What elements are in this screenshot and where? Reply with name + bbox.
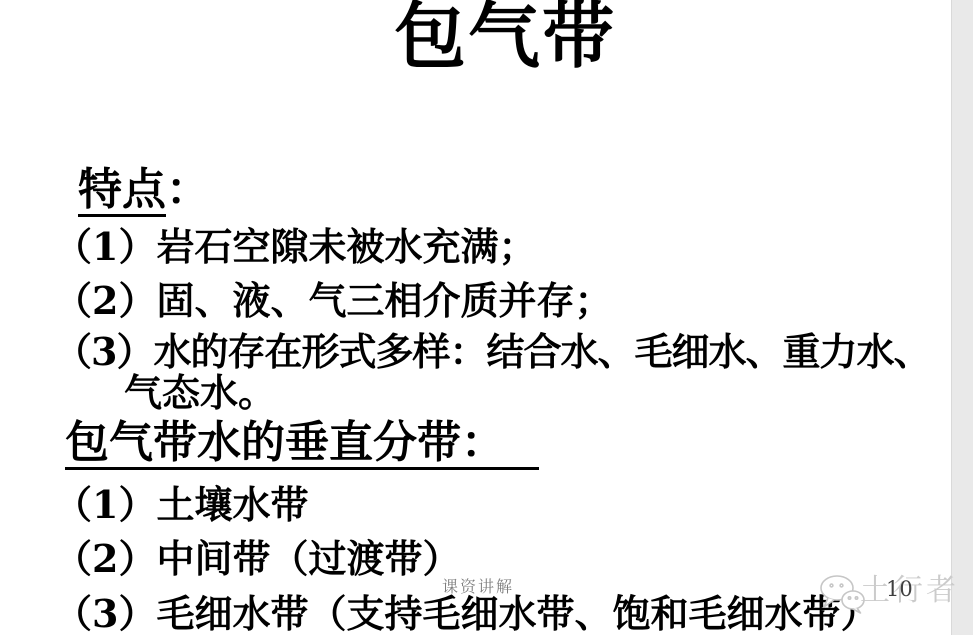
feature-item-3-line1: （3）水的存在形式多样：结合水、毛细水、重力水、 xyxy=(54,333,930,371)
features-heading-colon: ： xyxy=(166,164,210,215)
features-heading: 特点： xyxy=(78,168,210,217)
zone-item-1: （1）土壤水带 xyxy=(54,486,308,524)
zone-item-3: （3）毛细水带（支持毛细水带、饱和毛细水带） xyxy=(54,595,878,633)
wechat-icon xyxy=(818,574,866,614)
vertical-zones-heading-text: 包气带水的垂直分带： xyxy=(65,421,539,470)
feature-item-1: （1）岩石空隙未被水充满； xyxy=(54,228,536,266)
vertical-zones-heading: 包气带水的垂直分带： xyxy=(65,421,539,470)
page-number: 10 xyxy=(886,579,913,600)
slide-page: 包气带 特点： （1）岩石空隙未被水充满； （2）固、液、气三相介质并存； （3… xyxy=(0,0,973,635)
center-watermark: 课资讲解 xyxy=(442,577,514,596)
page-edge-strip xyxy=(951,0,973,635)
feature-item-2: （2）固、液、气三相介质并存； xyxy=(54,282,612,320)
slide-title: 包气带 xyxy=(394,0,616,72)
zone-item-2: （2）中间带（过渡带） xyxy=(54,540,460,578)
feature-item-3-line2: 气态水。 xyxy=(124,374,276,412)
features-heading-text: 特点 xyxy=(78,168,166,217)
